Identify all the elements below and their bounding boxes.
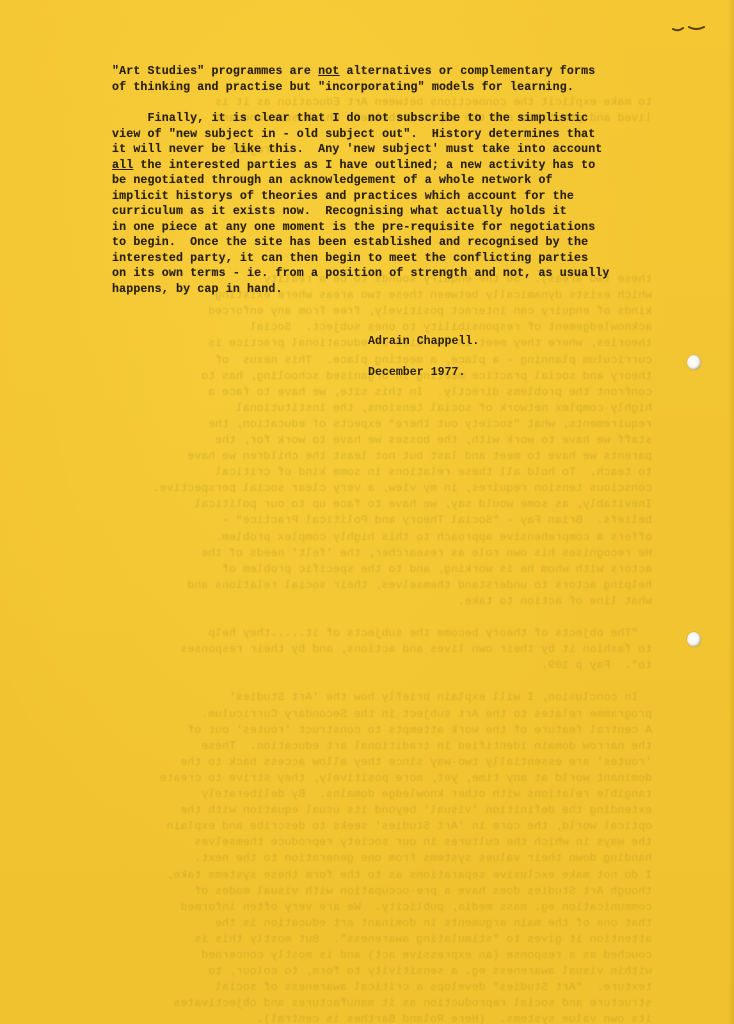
document-date: December 1977. <box>368 366 465 379</box>
text-line: of thinking and practise but "incorporat… <box>112 80 652 96</box>
bleed-line: helping actors to understand themselves,… <box>112 578 652 594</box>
bleed-line: parents we have to meet and last but not… <box>112 449 652 465</box>
bleed-line: acknowledgement of responsibility to one… <box>112 320 652 336</box>
typewritten-document: "Art Studies" programmes are not alterna… <box>112 64 652 297</box>
bleed-line: communication eg. mass media, publicity.… <box>112 900 652 916</box>
text-line: "Art Studies" programmes are not alterna… <box>112 64 652 80</box>
bleed-line: to fashion it by their own lives and act… <box>112 642 652 658</box>
text-line: happens, by cap in hand. <box>112 282 652 298</box>
bleed-line: A central feature of the work attempts t… <box>112 723 652 739</box>
text-line: it will never be like this. Any 'new sub… <box>112 142 652 158</box>
text-line: view of "new subject in - old subject ou… <box>112 127 652 143</box>
bleed-line: highly complex network of social tension… <box>112 401 652 417</box>
bleed-line: Inevitably, as some would say, we have t… <box>112 497 652 513</box>
text-line: interested party, it can then begin to m… <box>112 251 652 267</box>
bleed-line: though Art Studies does have a pre-occup… <box>112 884 652 900</box>
text-line: on its own terms - ie. from a position o… <box>112 266 652 282</box>
bleed-line: extending the definition 'visual' beyond… <box>112 803 652 819</box>
bleed-line: structure and social reproduction as it … <box>112 996 652 1012</box>
bleed-line: within visual awareness eg. a sensitivit… <box>112 964 652 980</box>
bleed-line: tangible relations with other knowledge … <box>112 787 652 803</box>
bleed-line: beliefs. Brian Fay - "Social Theory and … <box>112 513 652 529</box>
bleed-line: conscious tension requires, in my view, … <box>112 481 652 497</box>
punch-hole <box>687 632 701 647</box>
bleed-line: 'routes' are essentially two-way since t… <box>112 755 652 771</box>
bleed-line: couched as a response (an expressive act… <box>112 948 652 964</box>
paper-sheet: to make explicit the connections between… <box>0 0 734 1024</box>
bleed-line: texture. "Art Studies" develops a critic… <box>112 980 652 996</box>
text-line: in one piece at any one moment is the pr… <box>112 220 652 236</box>
bleed-line: to". Fay p 109. <box>112 658 652 674</box>
bleed-line: requirements, what "society out there" e… <box>112 417 652 433</box>
bleed-line: attention it gives to "stimulating aware… <box>112 932 652 948</box>
bleed-line: the ways in which the cultures in our so… <box>112 835 652 851</box>
underlined-word: not <box>318 65 339 78</box>
bleed-line: staff we have to work with, the bosses w… <box>112 433 652 449</box>
bleed-line <box>112 610 652 626</box>
bleed-line: its own value systems. (Here Roland Bart… <box>112 1012 652 1024</box>
bleed-line: what line of action to take. <box>112 594 652 610</box>
bleed-line: actors with whom he is working, and to t… <box>112 562 652 578</box>
pen-mark-icon <box>672 24 706 32</box>
bleed-line: offers a comprehensive approach to this … <box>112 530 652 546</box>
text-line: to begin. Once the site has been establi… <box>112 235 652 251</box>
bleed-line: to teach. To hold all these relations in… <box>112 465 652 481</box>
bleed-line: optical world, the core in 'Art Studies'… <box>112 819 652 835</box>
bleed-line <box>112 674 652 690</box>
text-line: curriculum as it exists now. Recognising… <box>112 204 652 220</box>
punch-hole <box>687 355 701 370</box>
underlined-word: all <box>112 159 133 172</box>
author-signature: Adrain Chappell. <box>368 335 479 348</box>
bleed-line: He recognises his own role as researcher… <box>112 546 652 562</box>
paragraph-art-studies: "Art Studies" programmes are not alterna… <box>112 64 652 95</box>
bleed-line: that one of the main arguments in domina… <box>112 916 652 932</box>
bleed-line: handing down their values systems from o… <box>112 851 652 867</box>
bleed-line: In conclusion, I will explain briefly ho… <box>112 690 652 706</box>
text-line: all the interested parties as I have out… <box>112 158 652 174</box>
bleed-line: dominant world at any time, yet, more po… <box>112 771 652 787</box>
bleed-line: confront the problems directly. In this … <box>112 385 652 401</box>
bleed-line: the narrow domain identified in traditio… <box>112 739 652 755</box>
paragraph-finally: Finally, it is clear that I do not subsc… <box>112 111 652 297</box>
text-line: be negotiated through an acknowledgement… <box>112 173 652 189</box>
bleed-line: programme relates to the Art subject in … <box>112 707 652 723</box>
bleed-line: kinds of enquiry can interact positively… <box>112 304 652 320</box>
bleed-line: I do not make exclusive separations as t… <box>112 868 652 884</box>
text-line: implicit historys of theories and practi… <box>112 189 652 205</box>
text-line: Finally, it is clear that I do not subsc… <box>112 111 652 127</box>
bleed-line: "The objects of theory become the subjec… <box>112 626 652 642</box>
